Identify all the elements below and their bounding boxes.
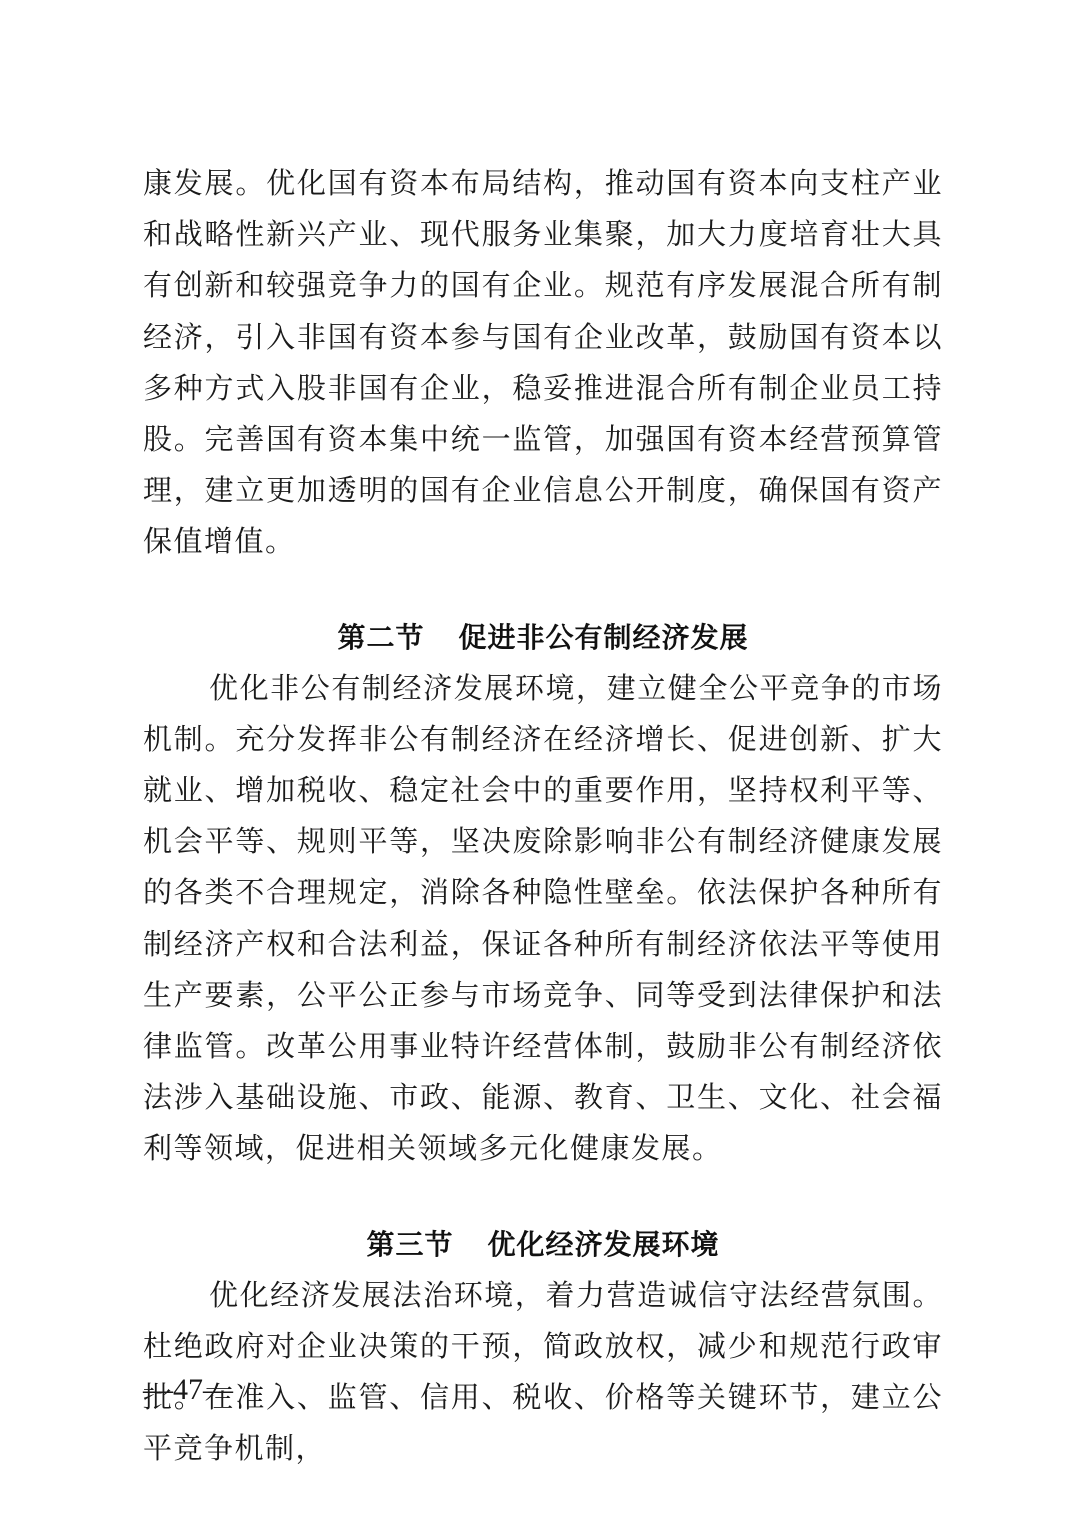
section-number: 第二节 [337,621,424,654]
spacer [143,568,943,612]
spacer [143,1175,943,1219]
page-number: —47— [143,1373,233,1407]
section-number: 第三节 [366,1228,453,1261]
section-heading-2: 第二节促进非公有制经济发展 [143,612,943,663]
paragraph-continued: 康发展。优化国有资本布局结构，推动国有资本向支柱产业和战略性新兴产业、现代服务业… [143,158,943,568]
section-title: 促进非公有制经济发展 [459,621,749,654]
section-3-paragraph: 优化经济发展法治环境，着力营造诚信守法经营氛围。杜绝政府对企业决策的干预，简政放… [143,1270,943,1475]
section-2-paragraph: 优化非公有制经济发展环境，建立健全公平竞争的市场机制。充分发挥非公有制经济在经济… [143,663,943,1175]
section-heading-3: 第三节优化经济发展环境 [143,1219,943,1270]
section-title: 优化经济发展环境 [488,1228,720,1261]
document-page: 康发展。优化国有资本布局结构，推动国有资本向支柱产业和战略性新兴产业、现代服务业… [143,158,943,1474]
